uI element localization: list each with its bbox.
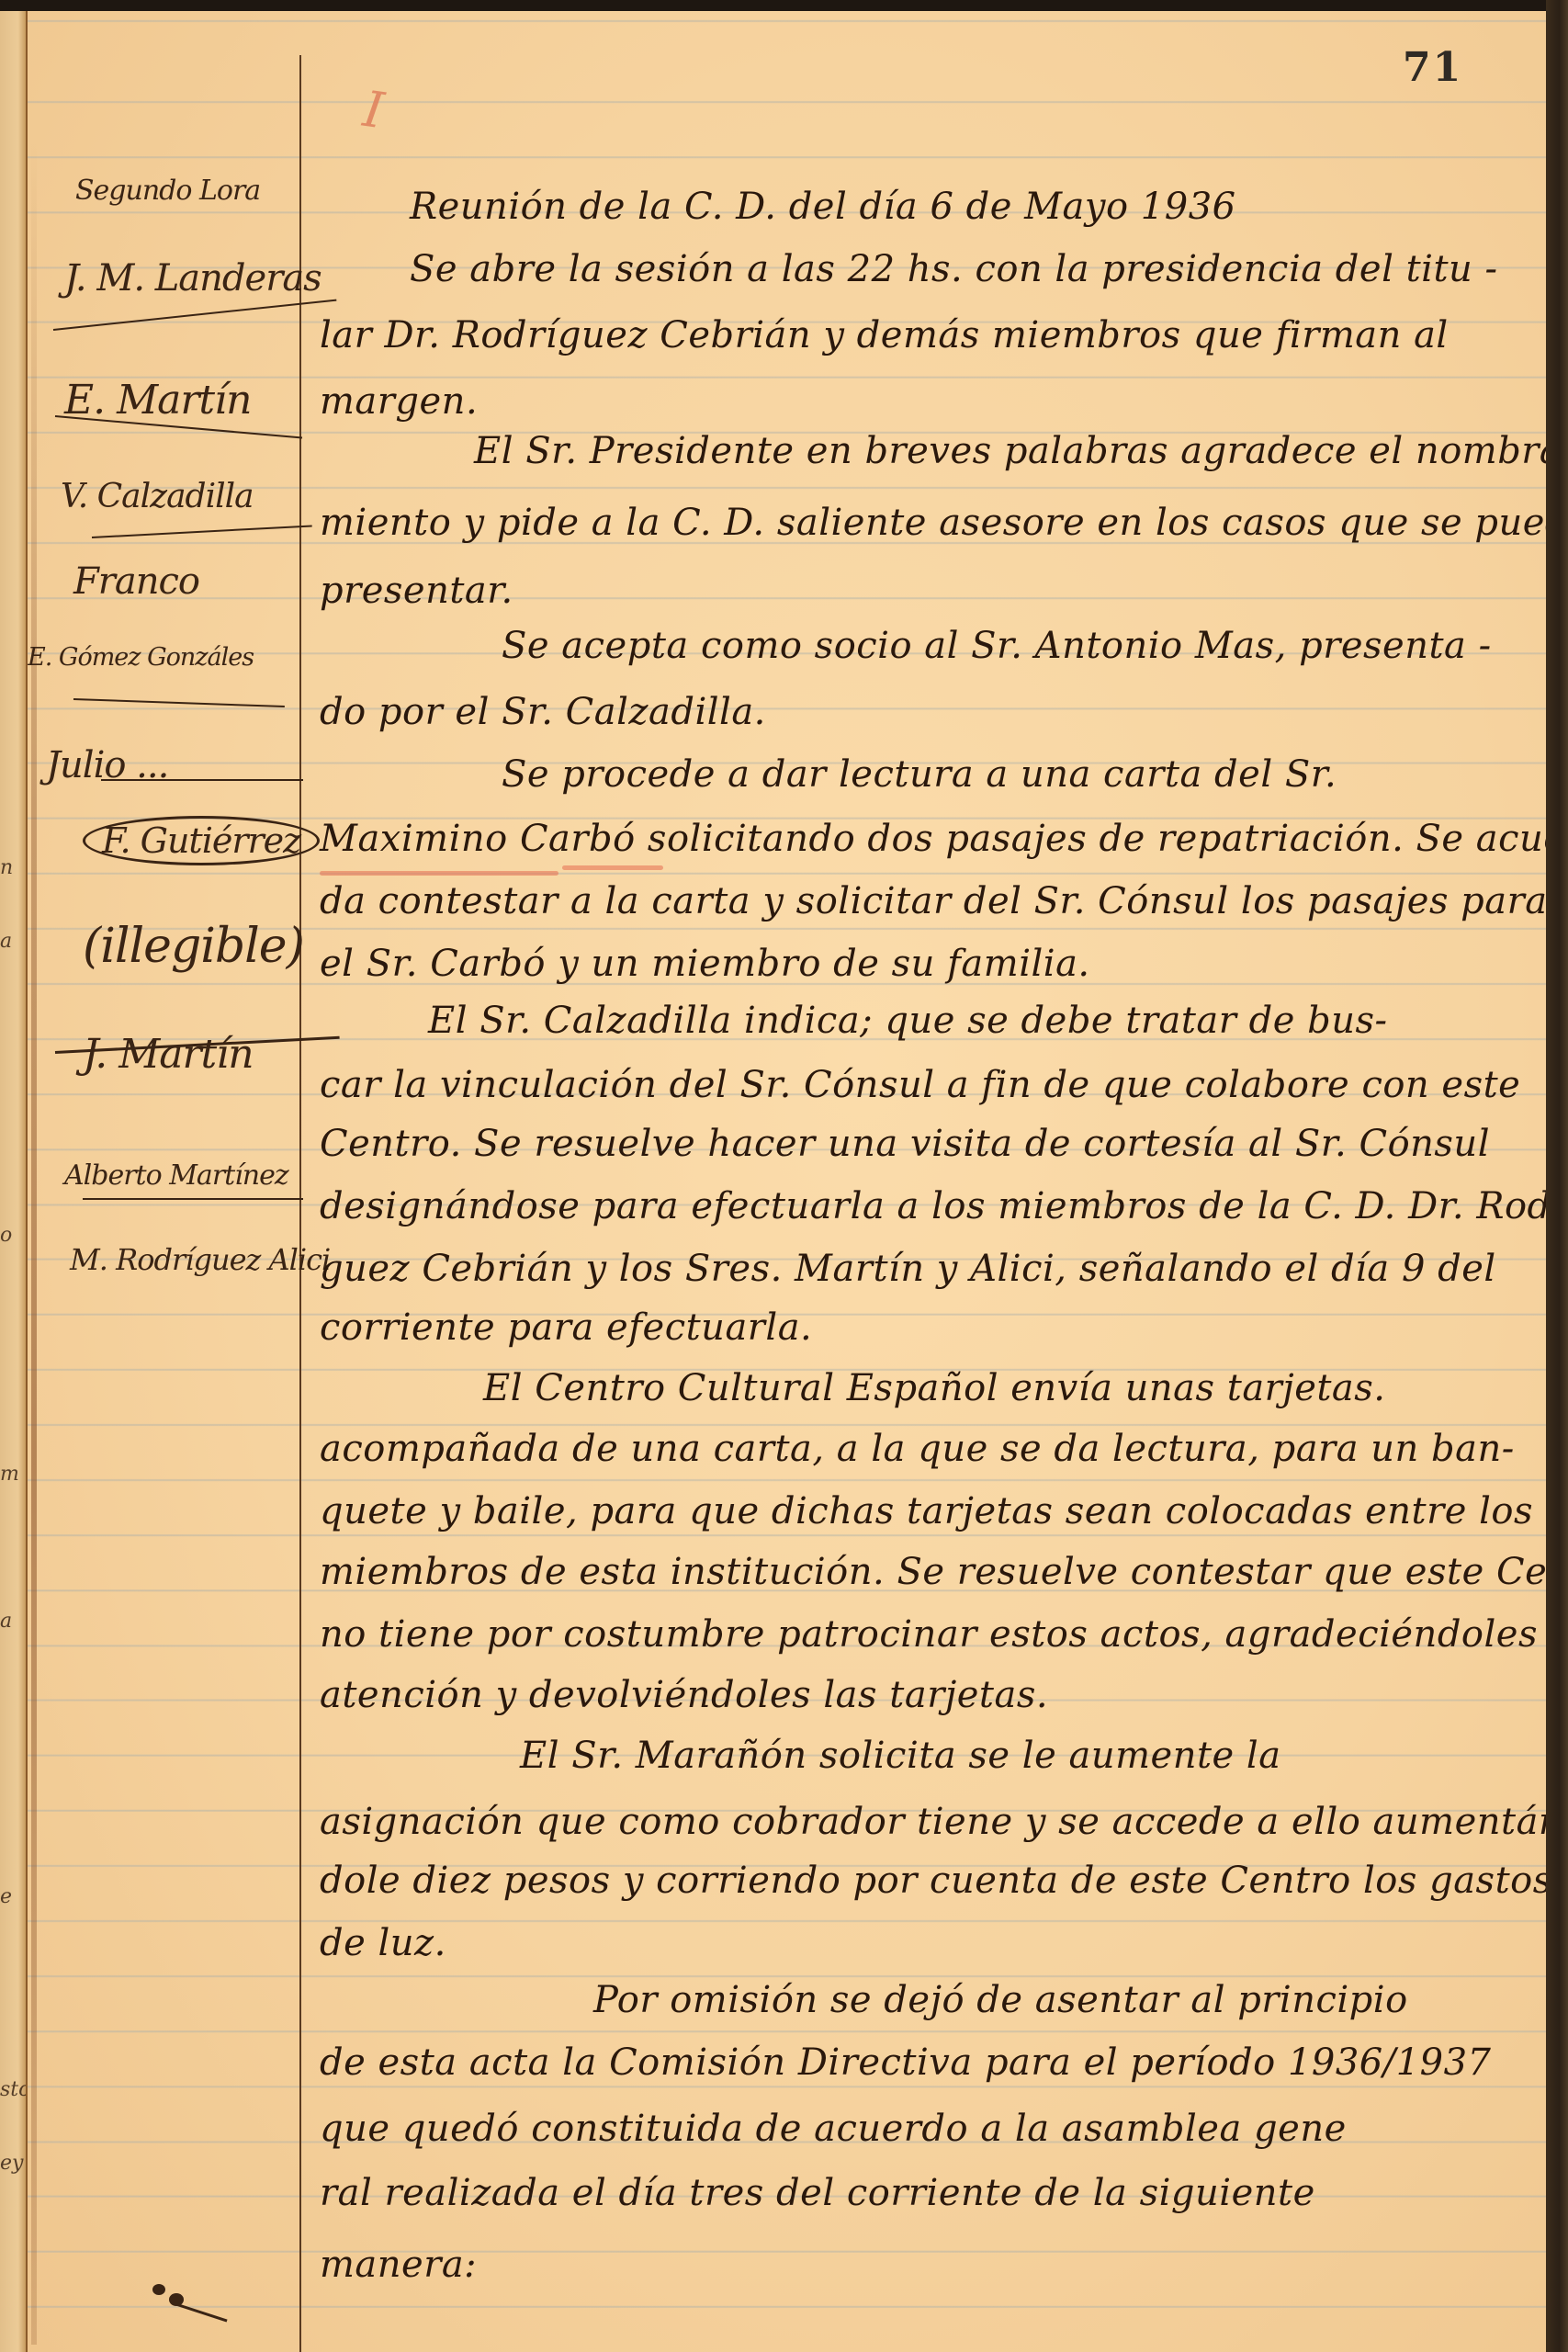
signature-flourish xyxy=(53,300,337,331)
minutes-line: lar Dr. Rodríguez Cebrián y demás miembr… xyxy=(320,314,1449,356)
minutes-line: guez Cebrián y los Sres. Martín y Alici,… xyxy=(320,1248,1496,1290)
ink-stroke xyxy=(175,2302,228,2322)
minutes-line: Se abre la sesión a las 22 hs. con la pr… xyxy=(410,248,1498,290)
signatures-column: Segundo Lora J. M. Landeras E. Martín V.… xyxy=(28,11,299,2352)
minutes-line: que quedó constituida de acuerdo a la as… xyxy=(320,2108,1347,2150)
minutes-line: corriente para efectuarla. xyxy=(320,1306,812,1349)
minutes-line: asignación que como cobrador tiene y se … xyxy=(320,1801,1546,1843)
minutes-line: car la vinculación del Sr. Cónsul a fin … xyxy=(320,1064,1520,1106)
signature: J. M. Landeras xyxy=(64,257,321,300)
minutes-title: Reunión de la C. D. del día 6 de Mayo 19… xyxy=(410,186,1236,228)
facing-page-fragment: n xyxy=(0,856,13,879)
signature: E. Gómez Gonzáles xyxy=(28,643,254,672)
signature-margin-line xyxy=(299,55,301,2352)
signature: Alberto Martínez xyxy=(64,1159,288,1192)
minutes-line: da contestar a la carta y solicitar del … xyxy=(320,880,1546,922)
facing-page-fragment: e xyxy=(0,1885,12,1908)
minutes-line: de esta acta la Comisión Directiva para … xyxy=(320,2041,1492,2084)
signature-flourish xyxy=(83,1198,303,1200)
minutes-line: El Sr. Calzadilla indica; que se debe tr… xyxy=(428,1000,1388,1042)
red-pencil-underline xyxy=(320,871,558,876)
minutes-line: ral realizada el día tres del corriente … xyxy=(320,2172,1315,2214)
facing-page-fragment: m xyxy=(0,1463,19,1486)
minutes-line: Se acepta como socio al Sr. Antonio Mas,… xyxy=(502,625,1492,667)
ink-blot xyxy=(152,2284,165,2295)
signature-flourish xyxy=(101,779,303,781)
minutes-line: no tiene por costumbre patrocinar estos … xyxy=(320,1613,1546,1656)
minutes-line: El Sr. Marañón solicita se le aumente la xyxy=(520,1735,1281,1777)
signature: Franco xyxy=(73,560,199,603)
signature: V. Calzadilla xyxy=(61,478,254,515)
minutes-line: designándose para efectuarla a los miemb… xyxy=(320,1185,1546,1227)
signature: J. Martín xyxy=(83,1031,254,1078)
signature-flourish xyxy=(92,525,312,538)
facing-page-fragment: sto xyxy=(0,2078,28,2101)
signature-flourish xyxy=(73,698,285,707)
minutes-line: miento y pide a la C. D. saliente asesor… xyxy=(320,502,1546,544)
minutes-line: do por el Sr. Calzadilla. xyxy=(320,691,766,733)
minutes-line: miembros de esta institución. Se resuelv… xyxy=(320,1551,1546,1593)
minutes-line: atención y devolviéndoles las tarjetas. xyxy=(320,1674,1048,1716)
signature: M. Rodríguez Alici xyxy=(70,1242,330,1277)
signature: E. Martín xyxy=(64,377,252,424)
minutes-line: Por omisión se dejó de asentar al princi… xyxy=(593,1979,1408,2021)
minutes-line: manera: xyxy=(320,2244,477,2286)
minutes-line: El Sr. Presidente en breves palabras agr… xyxy=(474,430,1546,472)
minutes-line: acompañada de una carta, a la que se da … xyxy=(320,1428,1515,1470)
red-pencil-underline xyxy=(562,865,663,870)
minutes-body: Reunión de la C. D. del día 6 de Mayo 19… xyxy=(309,11,1530,2352)
minutes-line: Maximino Carbó solicitando dos pasajes d… xyxy=(320,818,1546,860)
minutes-line: el Sr. Carbó y un miembro de su familia. xyxy=(320,943,1090,985)
minutes-line: Centro. Se resuelve hacer una visita de … xyxy=(320,1123,1490,1165)
facing-page-edge: n a o m a e sto ey xyxy=(0,11,28,2352)
minutes-line: presentar. xyxy=(320,570,513,612)
minutes-line: dole diez pesos y corriendo por cuenta d… xyxy=(320,1860,1546,1902)
book-cover-edge xyxy=(1546,0,1568,2352)
facing-page-fragment: a xyxy=(0,930,12,953)
minutes-line: quete y baile, para que dichas tarjetas … xyxy=(320,1490,1533,1532)
facing-page-fragment: o xyxy=(0,1224,12,1247)
signature: Segundo Lora xyxy=(75,175,260,207)
minutes-line: El Centro Cultural Español envía unas ta… xyxy=(483,1367,1386,1409)
signature: F. Gutiérrez xyxy=(83,816,320,865)
minutes-line: margen. xyxy=(320,380,478,423)
facing-page-fragment: a xyxy=(0,1610,12,1633)
ledger-page: 71 I Segundo Lora J. M. Landeras E. Mart… xyxy=(28,11,1546,2352)
facing-page-fragment: ey xyxy=(0,2152,23,2175)
minutes-line: Se procede a dar lectura a una carta del… xyxy=(502,753,1337,796)
minutes-line: de luz. xyxy=(320,1922,446,1964)
signature: (illegible) xyxy=(83,919,304,974)
